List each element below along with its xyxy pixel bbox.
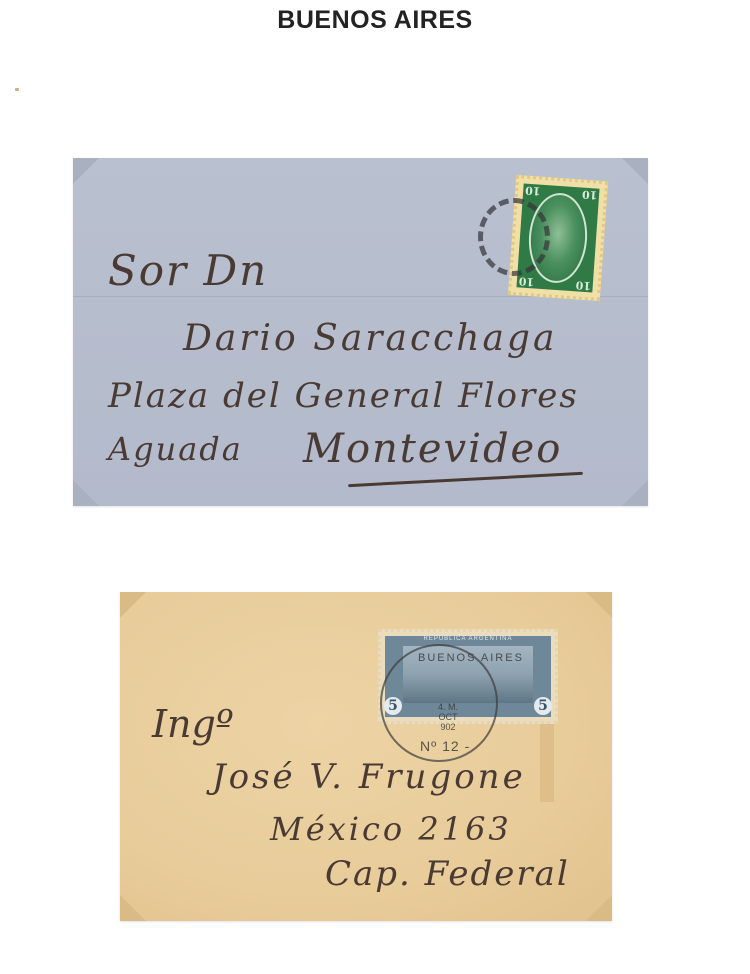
postmark-date-line: OCT [438,712,458,722]
stamp-value: 10 [575,278,591,292]
address-line: Cap. Federal [325,854,570,894]
address-line: Dario Saracchaga [183,318,557,359]
address-line: Plaza del General Flores [108,376,579,416]
address-line: Sor Dn [108,246,268,295]
address-line: Montevideo [303,426,562,472]
stamp-value: 5 [534,697,552,715]
postmark-date-line: 4. M. [438,702,458,712]
page-title: BUENOS AIRES [0,6,750,35]
address-line: México 2163 [270,810,512,848]
mount-corner [120,592,146,618]
mount-corner [622,480,648,506]
postmark-office: Nº 12 - [420,738,470,754]
address-line: José V. Frugone [212,757,526,797]
stamp-value: 10 [581,188,597,202]
mount-corner [622,158,648,184]
postmark-date-line: 902 [438,722,458,732]
postmark-date: 4. M. OCT 902 [438,702,458,732]
cover-letter-sheet: 10 10 10 10 Sor Dn Dario Saracchaga Plaz… [73,158,648,506]
stamp-inscription: REPUBLICA ARGENTINA [411,636,525,642]
mount-corner [73,158,99,184]
mount-corner [586,592,612,618]
stamp-value: 10 [518,274,534,288]
paper-speck [15,88,19,91]
postmark-cancel [478,198,550,276]
mount-corner [120,895,146,921]
mount-corner [586,895,612,921]
postmark-city: BUENOS AIRES [418,652,524,664]
mount-corner [73,480,99,506]
address-line: Ingº [152,702,234,746]
stamp-value: 10 [525,184,541,198]
ink-underline [348,472,583,487]
cover-envelope: REPUBLICA ARGENTINA 5 5 BUENOS AIRES 4. … [120,592,612,921]
address-line: Aguada [108,430,243,468]
